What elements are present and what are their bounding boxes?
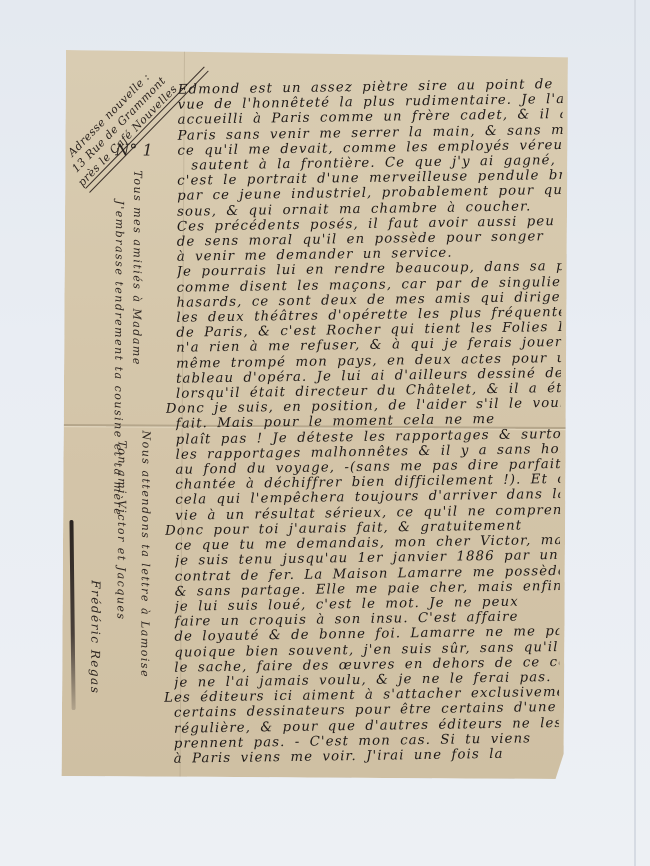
left-margin-notes: Tous mes amitiés à Madame J'embrasse ten…: [62, 140, 176, 741]
margin-note: Ton ami Victor et Jacques: [115, 440, 129, 620]
background-edge: [634, 0, 636, 866]
letter-body: Edmond est un assez piètre sire au point…: [174, 79, 563, 765]
letter-page: Adresse nouvelle : 13 Rue de Grammont pr…: [62, 50, 568, 779]
margin-note: Tous mes amitiés à Madame: [130, 170, 144, 366]
margin-note: Nous attendons ta lettre à Lamoise: [138, 430, 153, 678]
ink-flourish: [69, 520, 75, 710]
signature: Frédéric Regas: [88, 580, 103, 694]
